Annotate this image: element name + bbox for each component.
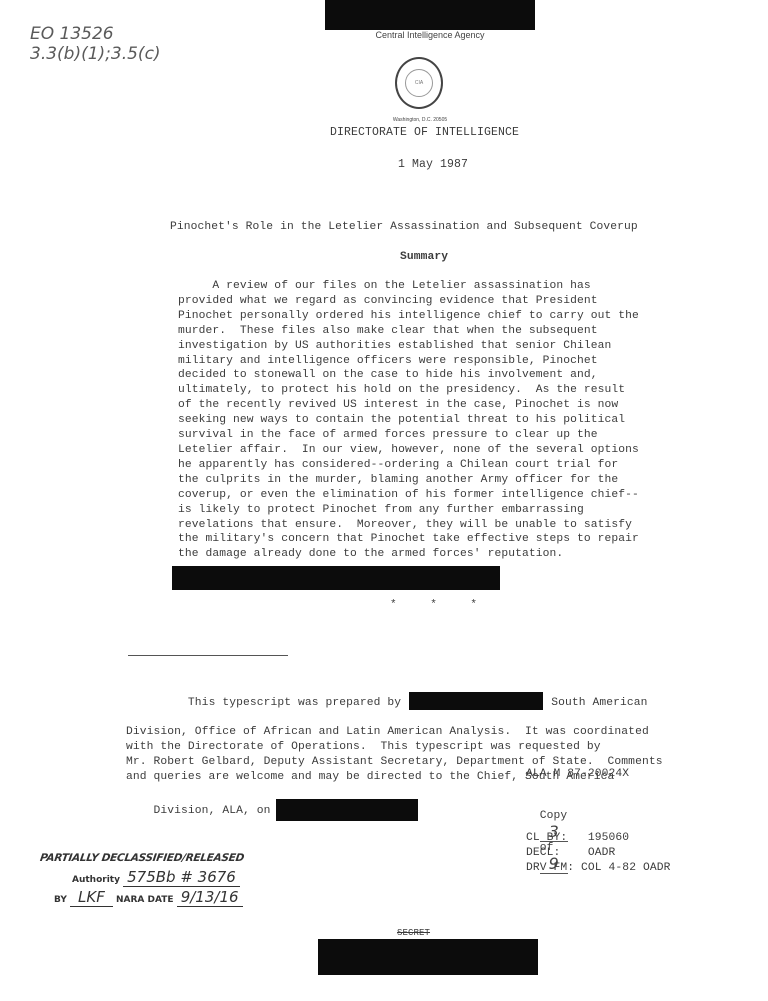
redaction-summary-end (172, 566, 500, 590)
summary-line: revelations that ensure. Moreover, they … (178, 518, 639, 533)
cia-seal-icon: CIA (395, 57, 443, 109)
stamp-by-date: BY LKF NARA DATE 9/13/16 (54, 888, 244, 906)
summary-heading: Summary (400, 251, 448, 263)
classified-by: CL BY: 195060 (526, 832, 629, 844)
handwritten-eo-notation: EO 13526 3.3(b)(1);3.5(c) (30, 24, 161, 64)
agency-name: Central Intelligence Agency (330, 30, 530, 40)
redaction-bottom (318, 939, 538, 975)
summary-line: the culprits in the murder, blaming anot… (178, 473, 639, 488)
footnote-rule (128, 655, 288, 656)
handwritten-eo-line2: 3.3(b)(1);3.5(c) (30, 44, 161, 64)
stamp-by-label: BY (54, 895, 67, 905)
summary-body: A review of our files on the Letelier as… (178, 279, 639, 562)
document-title: Pinochet's Role in the Letelier Assassin… (170, 221, 638, 233)
stamp-nara-date-label: NARA DATE (116, 895, 174, 905)
bottom-classification: SECRET (397, 928, 430, 938)
directorate-heading: DIRECTORATE OF INTELLIGENCE (330, 126, 519, 139)
copy-label: Copy (540, 810, 568, 822)
derived-from: DRV FM: COL 4-82 OADR (526, 862, 670, 874)
summary-line: of the recently revived US interest in t… (178, 398, 639, 413)
summary-line: A review of our files on the Letelier as… (178, 279, 639, 294)
footnote-line1-start: This typescript was prepared by (154, 697, 402, 709)
footnote-line6: Division, ALA, on (126, 785, 663, 837)
footnote: This typescript was prepared bySouth Ame… (126, 677, 663, 836)
agency-address: Washington, D.C. 20505 (360, 117, 480, 123)
stamp-authority-value: 575Bb # 3676 (123, 868, 240, 887)
summary-line: coverup, or even the elimination of his … (178, 488, 639, 503)
summary-line: murder. These files also make clear that… (178, 324, 639, 339)
summary-line: survival in the face of armed forces pre… (178, 428, 639, 443)
handwritten-eo-line1: EO 13526 (30, 24, 161, 44)
summary-line: Letelier affair. In our view, however, n… (178, 443, 639, 458)
summary-line: the military's concern that Pinochet tak… (178, 532, 639, 547)
separator-stars: * * * (390, 599, 477, 611)
stamp-line1: PARTIALLY DECLASSIFIED/RELEASED (39, 852, 245, 864)
redaction-preparer (409, 692, 543, 710)
summary-line: investigation by US authorities establis… (178, 339, 639, 354)
stamp-authority-label: Authority (72, 875, 120, 885)
summary-line: ultimately, to protect his hold on the p… (178, 383, 639, 398)
stamp-by-value: LKF (70, 888, 113, 907)
declassification-stamp: PARTIALLY DECLASSIFIED/RELEASED Authorit… (40, 852, 244, 906)
document-date: 1 May 1987 (398, 158, 468, 171)
footnote-line6-text: Division, ALA, on (154, 805, 271, 817)
summary-line: Pinochet personally ordered his intellig… (178, 309, 639, 324)
footnote-line1: This typescript was prepared bySouth Ame… (126, 677, 663, 725)
summary-line: the damage already done to the armed for… (178, 547, 639, 562)
declassify-on: DECL: OADR (526, 847, 615, 859)
summary-line: he apparently has considered--ordering a… (178, 458, 639, 473)
footnote-line1-end: South American (551, 697, 647, 709)
footnote-line3: with the Directorate of Operations. This… (126, 740, 663, 755)
redaction-top (325, 0, 535, 30)
summary-line: decided to stonewall on the case to hide… (178, 368, 639, 383)
summary-line: seeking new ways to contain the potentia… (178, 413, 639, 428)
stamp-authority: Authority 575Bb # 3676 (72, 868, 244, 886)
summary-line: provided what we regard as convincing ev… (178, 294, 639, 309)
stamp-nara-date-value: 9/13/16 (177, 888, 243, 907)
summary-line: military and intelligence officers were … (178, 354, 639, 369)
summary-line: is likely to protect Pinochet from any f… (178, 503, 639, 518)
footnote-line2: Division, Office of African and Latin Am… (126, 725, 663, 740)
seal-center: CIA (405, 69, 433, 97)
redaction-phone (276, 799, 418, 821)
document-number: ALA M 87-20024X (526, 768, 629, 780)
